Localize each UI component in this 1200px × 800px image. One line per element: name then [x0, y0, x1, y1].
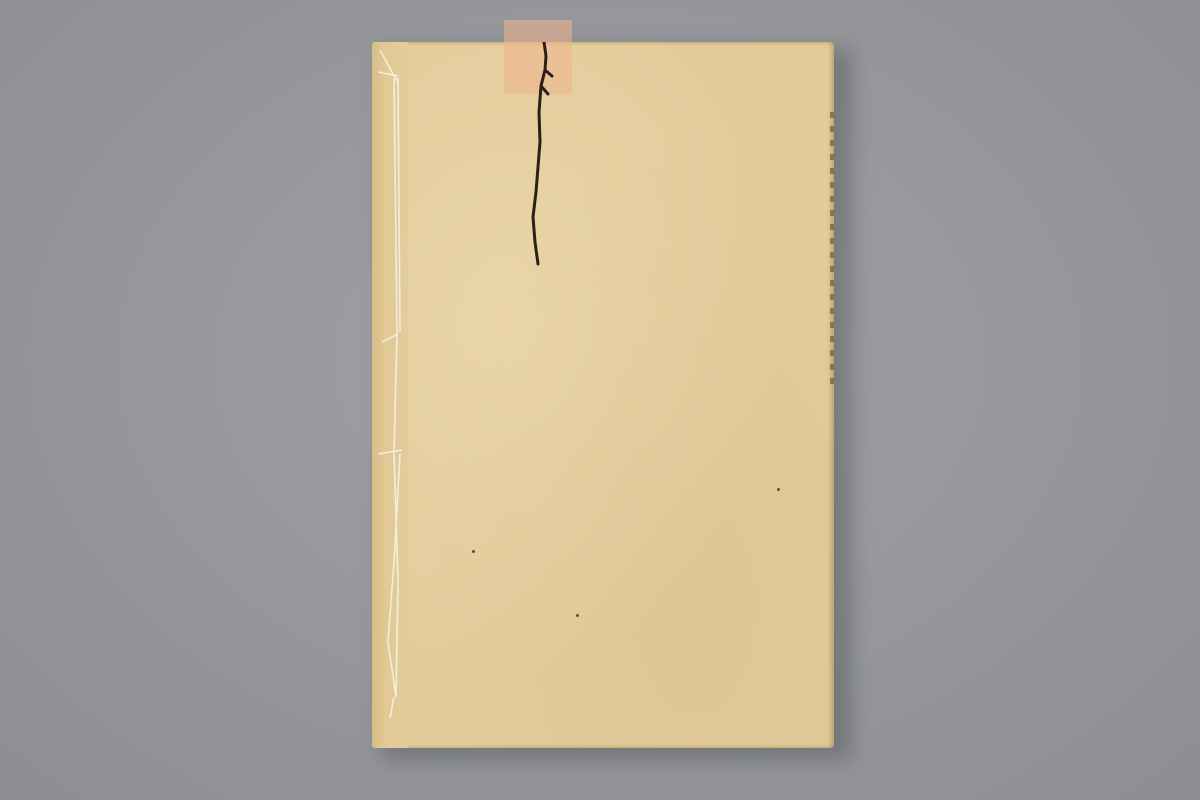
book-cover — [372, 42, 834, 748]
speck — [472, 550, 475, 553]
crack-icon — [522, 42, 562, 272]
speck — [576, 614, 579, 617]
worn-right-edge — [830, 112, 834, 392]
binding-thread-icon — [372, 42, 412, 748]
speck — [777, 488, 780, 491]
